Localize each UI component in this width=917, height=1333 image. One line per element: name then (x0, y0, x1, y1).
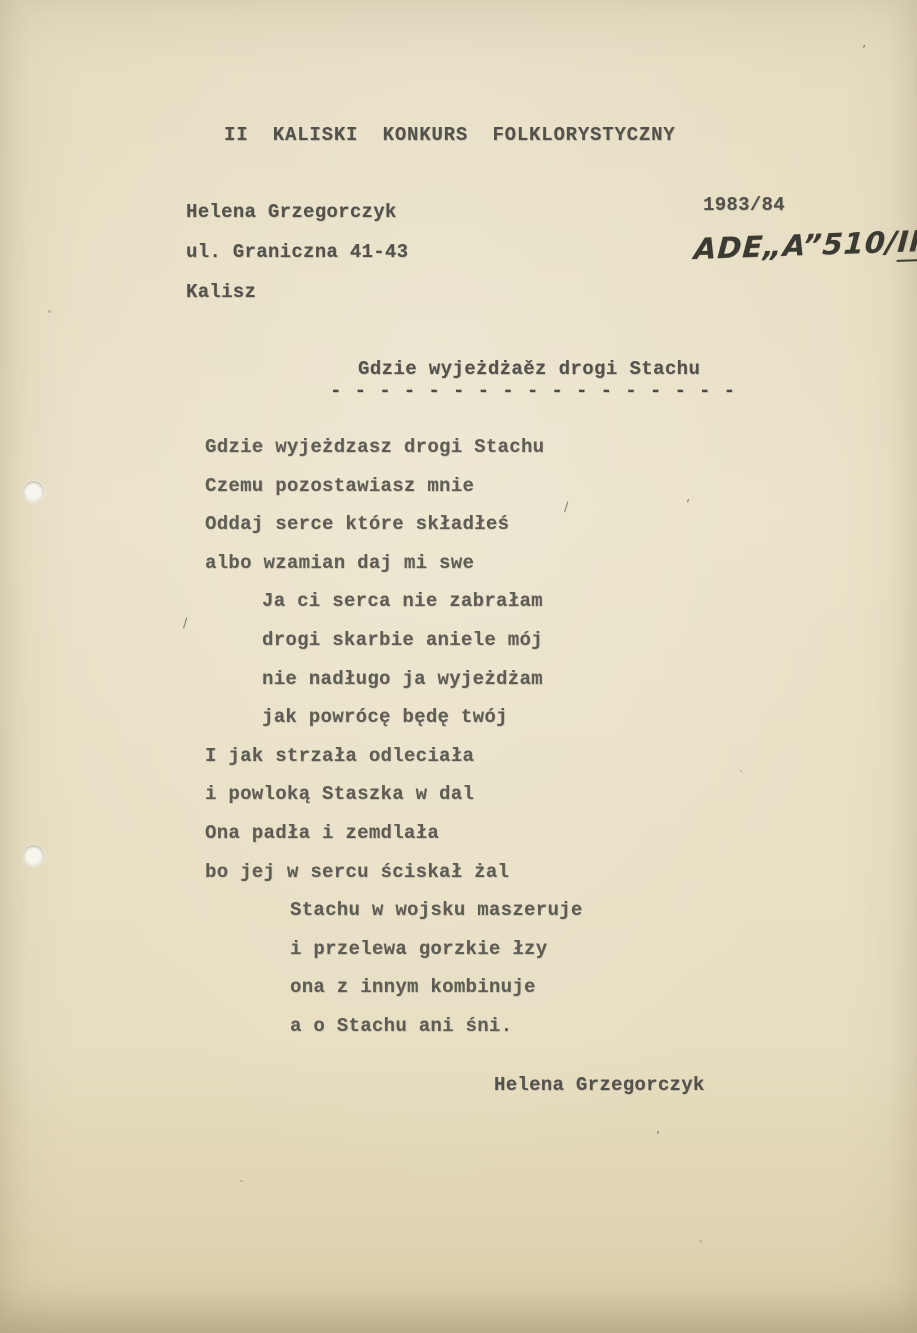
handwritten-ref-main: ADE„A”510/ (693, 225, 899, 266)
handwritten-ref-roman-numeral: II (896, 224, 917, 262)
scan-mark: ’ (862, 44, 866, 59)
poem-line: ona z innym kombinuje (205, 968, 583, 1007)
handwritten-archive-ref: ADE„A”510/II (693, 224, 917, 266)
poem-line: a o Stachu ani śni. (205, 1007, 583, 1046)
author-street: ul. Graniczna 41-43 (186, 241, 408, 263)
author-address-block: Helena Grzegorczykul. Graniczna 41-43Kal… (186, 192, 408, 312)
poem-title-dashed-underline: - - - - - - - - - - - - - - - - - (330, 380, 736, 402)
poem-line: bo jej w sercu ściskał żal (205, 853, 583, 892)
poem-title: Gdzie wyjeżdżaěz drogi Stachu (358, 358, 700, 380)
competition-title: II KALISKI KONKURS FOLKLORYSTYCZNY (224, 124, 675, 146)
poem-line: drogi skarbie aniele mój (205, 621, 583, 660)
scan-speckle (700, 1240, 702, 1243)
punch-hole-top (23, 481, 44, 502)
scan-speckle (48, 310, 51, 313)
scan-mark: ∕ (183, 616, 187, 631)
signature: Helena Grzegorczyk (494, 1074, 705, 1096)
poem-line: Stachu w wojsku maszeruje (205, 891, 583, 930)
poem-line: Czemu pozostawiasz mnie (205, 467, 583, 506)
year-label: 1983/84 (703, 194, 785, 216)
poem-line: Ona padła i zemdlała (205, 814, 583, 853)
poem-body: Gdzie wyjeżdzasz drogi StachuCzemu pozos… (205, 428, 583, 1046)
poem-line: I jak strzała odleciała (205, 737, 583, 776)
poem-line: jak powrócę będę twój (205, 698, 583, 737)
scan-mark: ’ (656, 1130, 660, 1145)
poem-line: i przelewa gorzkie łzy (205, 930, 583, 969)
author-city: Kalisz (186, 281, 256, 303)
author-name: Helena Grzegorczyk (186, 201, 397, 223)
punch-hole-bottom (23, 845, 44, 866)
scan-speckle (240, 1180, 243, 1182)
scan-mark: ∕ (564, 500, 568, 515)
poem-line: Gdzie wyjeżdzasz drogi Stachu (205, 428, 583, 467)
poem-line: Ja ci serca nie zabrałam (205, 582, 583, 621)
poem-line: albo wzamian daj mi swe (205, 544, 583, 583)
scan-mark: ‘ (686, 498, 690, 513)
poem-line: Oddaj serce które składłeś (205, 505, 583, 544)
poem-line: i powloką Staszka w dal (205, 775, 583, 814)
poem-line: nie nadługo ja wyjeżdżam (205, 660, 583, 699)
scan-speckle (740, 770, 742, 772)
scanned-page: II KALISKI KONKURS FOLKLORYSTYCZNY Helen… (0, 0, 917, 1333)
